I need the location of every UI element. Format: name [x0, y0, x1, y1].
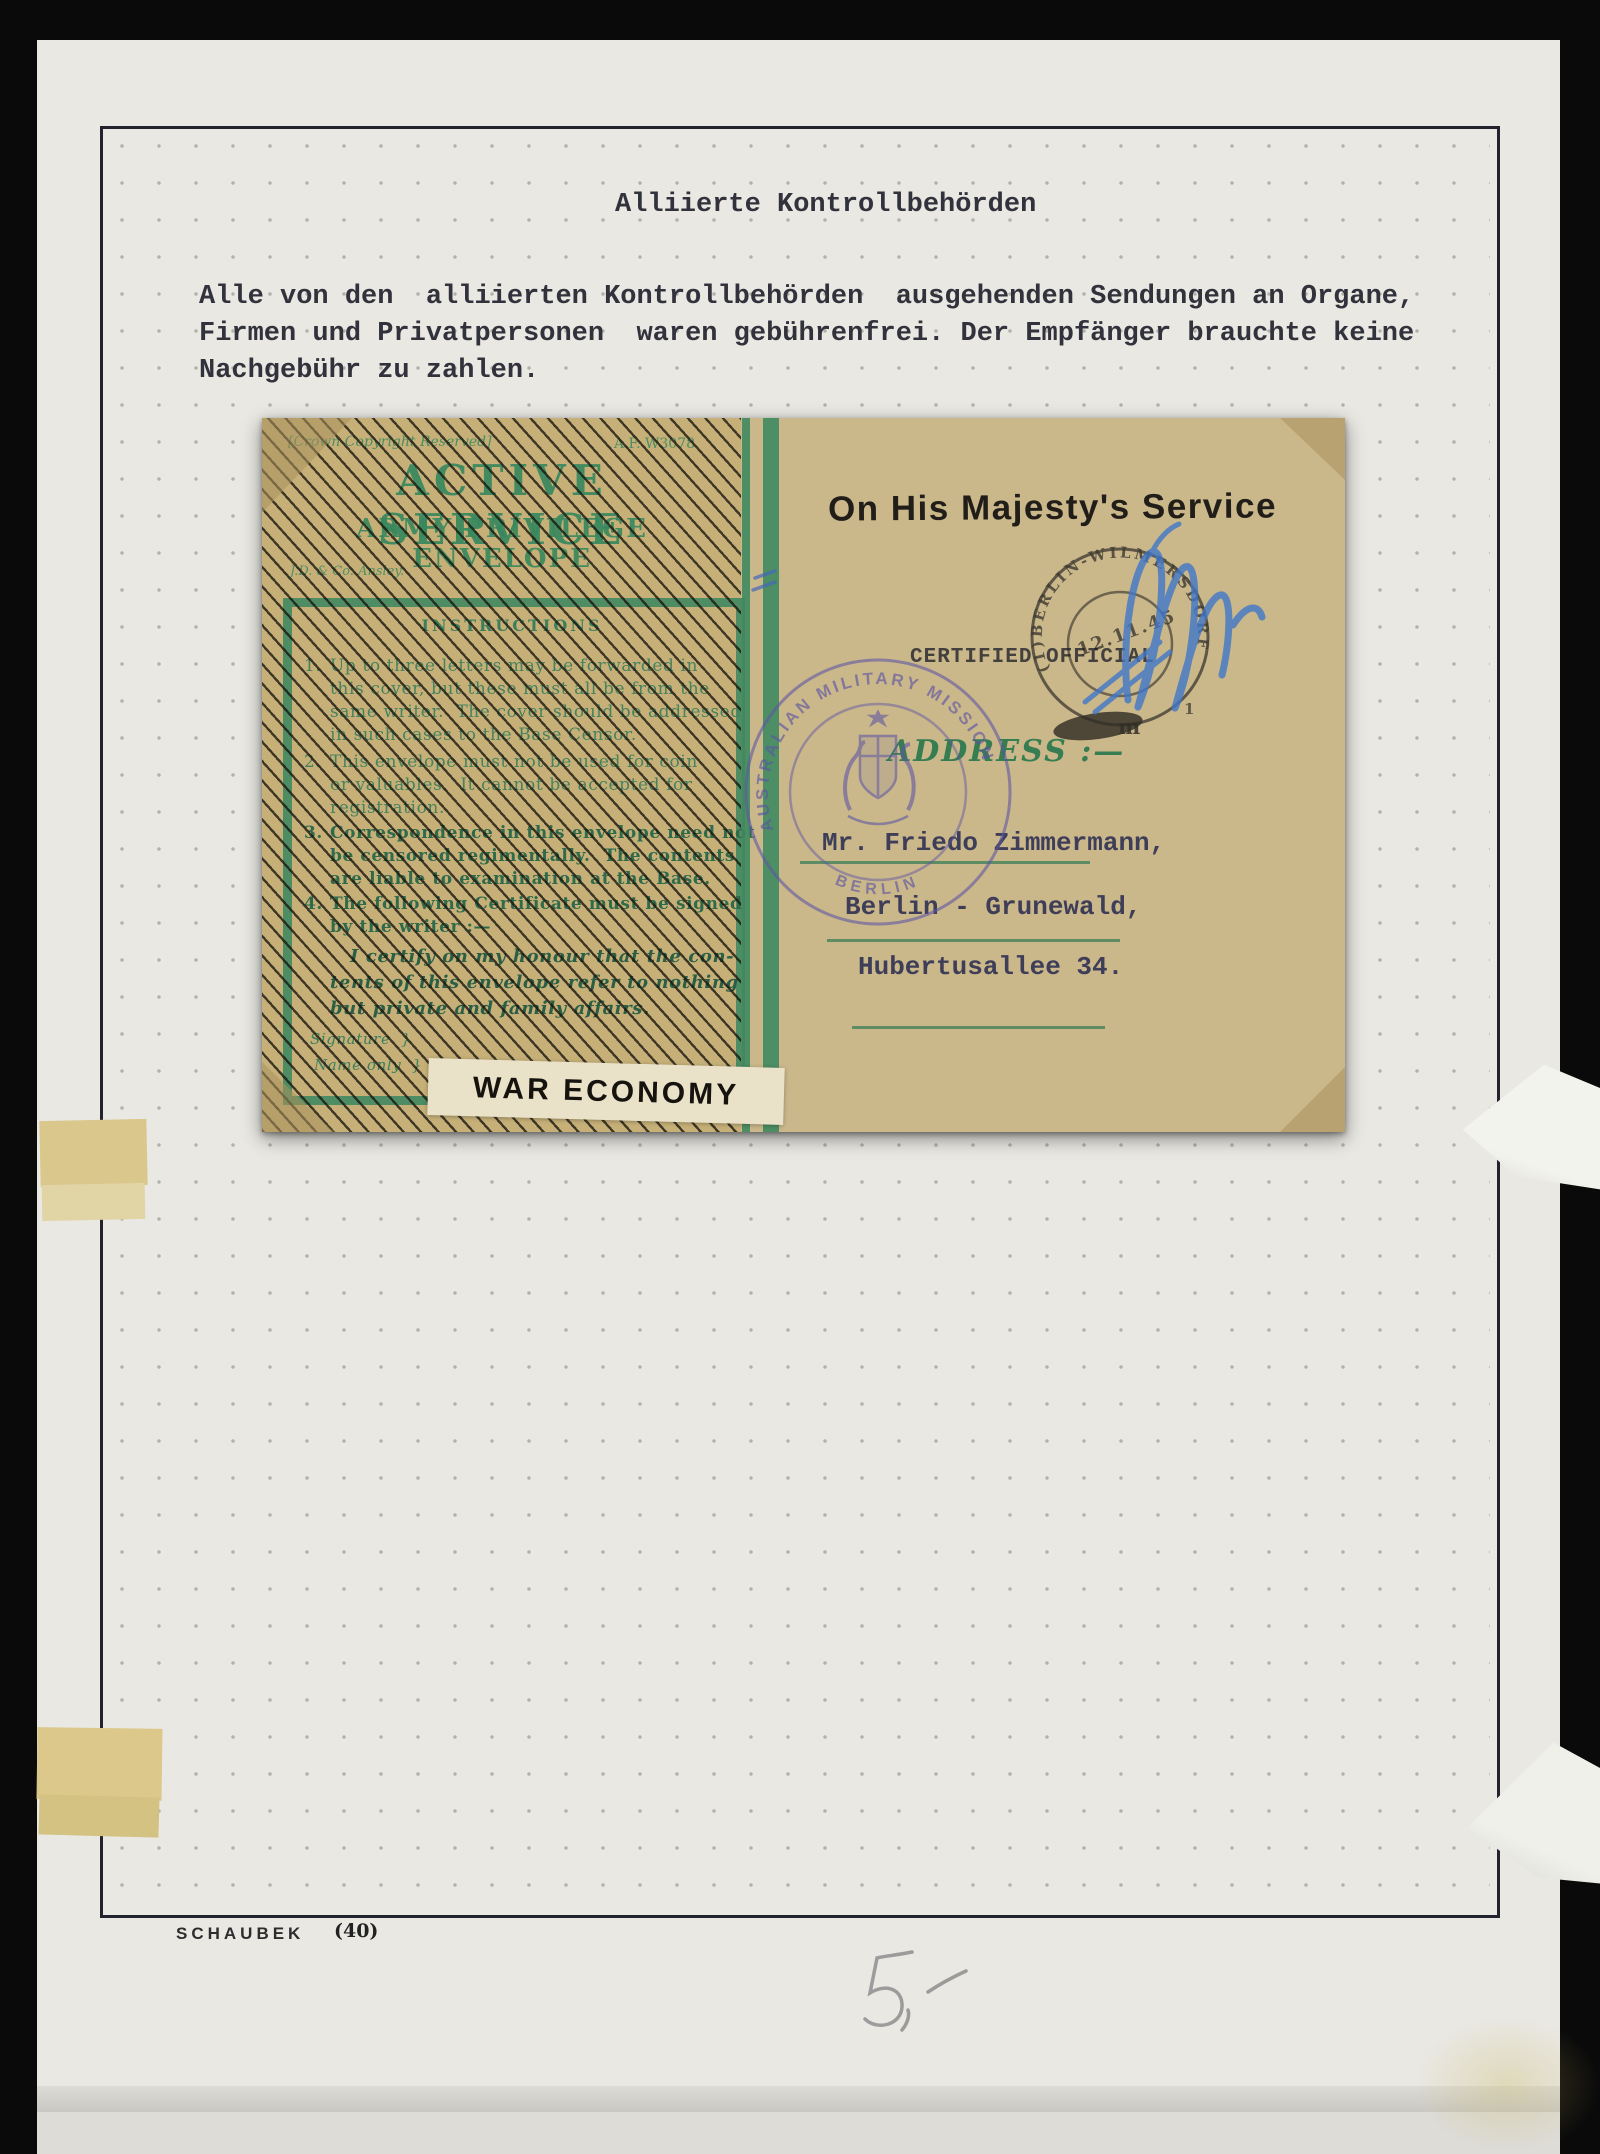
scribble-tail	[1152, 524, 1179, 552]
war-economy-label: WAR ECONOMY	[427, 1058, 784, 1125]
page-title: Alliierte Kontrollbehörden	[615, 190, 1036, 220]
envelope-scan: [Crown Copyright Reserved] A.F. W3078 AC…	[262, 418, 1345, 1132]
blue-pencil-dashes	[753, 571, 775, 590]
banner-scroll	[848, 816, 908, 824]
postal-markings-layer: (1)BERLIN-WILMERSDORF 12.11.45 1 m AUSTR…	[262, 418, 1345, 1132]
tape-remnant-lower-dark	[38, 1794, 159, 1837]
postmark-ring-number: 1	[1184, 700, 1194, 718]
cachet-australian-military-mission: AUSTRALIAN MILITARY MISSION BERLIN	[746, 660, 1010, 924]
tape-remnant-upper-light	[42, 1183, 146, 1221]
paragraph-line: Firmen und Privatpersonen waren gebühren…	[199, 319, 1414, 349]
publisher-imprint: SCHAUBEK	[176, 1924, 304, 1944]
war-economy-text: WAR ECONOMY	[472, 1071, 739, 1112]
svg-text:(1)BERLIN-WILMERSDORF: (1)BERLIN-WILMERSDORF	[1028, 543, 1213, 675]
cachet-bottom-text: BERLIN	[833, 872, 923, 898]
emu-supporter	[902, 744, 913, 810]
postmark-bottom-letter: m	[1118, 714, 1140, 739]
svg-text:BERLIN: BERLIN	[833, 872, 923, 898]
tape-remnant-lower	[37, 1727, 163, 1801]
age-stain	[1414, 2016, 1600, 2154]
page-bottom-shadow	[37, 2086, 1560, 2112]
tape-remnant-upper	[39, 1119, 147, 1187]
coat-of-arms	[845, 712, 914, 824]
page-number: (40)	[334, 1920, 378, 1942]
paragraph-line: Nachgebühr zu zahlen.	[199, 356, 539, 386]
scanned-album-page: Alliierte Kontrollbehörden Alle von den …	[0, 0, 1600, 2154]
underlying-page-edge	[37, 2112, 1560, 2154]
crest-star	[871, 712, 885, 724]
postmark-berlin-wilmersdorf: (1)BERLIN-WILMERSDORF 12.11.45 1 m	[1028, 543, 1213, 745]
scribble-loop	[1233, 608, 1262, 625]
postmark-ring-text: (1)BERLIN-WILMERSDORF	[1028, 543, 1213, 675]
paragraph-line: Alle von den alliierten Kontrollbehörden…	[199, 282, 1414, 312]
